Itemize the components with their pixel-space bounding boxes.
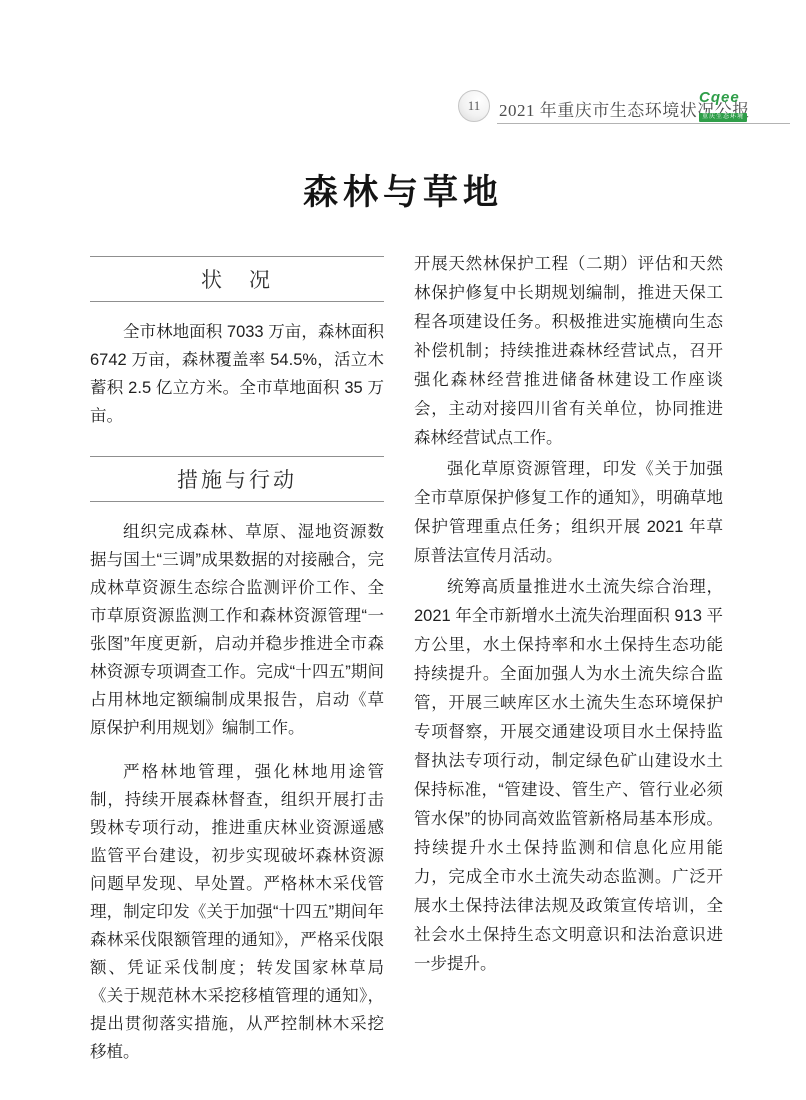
- document-page: 11 2021 年重庆市生态环境状况公报 Cqee 重庆生态环境 森林与草地 状…: [0, 0, 806, 1100]
- page-number-badge: 11: [458, 90, 490, 122]
- right-column: 开展天然林保护工程（二期）评估和天然林保护修复中长期规划编制，推进天保工程各项建…: [414, 250, 723, 979]
- paragraph-grassland: 强化草原资源管理，印发《关于加强全市草原保护修复工作的通知》，明确草地保护管理重…: [414, 455, 723, 571]
- logo-subtext: 重庆生态环境: [699, 113, 747, 122]
- section-heading-measures: 措施与行动: [90, 456, 384, 502]
- paragraph-measures-1: 组织完成森林、草原、湿地资源数据与国土“三调”成果数据的对接融合，完成林草资源生…: [90, 518, 384, 742]
- page-number: 11: [468, 98, 481, 114]
- left-column: 状 况 全市林地面积 7033 万亩，森林面积 6742 万亩，森林覆盖率 54…: [90, 256, 384, 1066]
- paragraph-soil-water: 统筹高质量推进水土流失综合治理，2021 年全市新增水土流失治理面积 913 平…: [414, 573, 723, 979]
- paragraph-status: 全市林地面积 7033 万亩，森林面积 6742 万亩，森林覆盖率 54.5%，…: [90, 318, 384, 430]
- logo-wordmark: Cqee: [699, 90, 755, 105]
- agency-logo: Cqee 重庆生态环境: [699, 90, 755, 123]
- page-title: 森林与草地: [0, 165, 806, 215]
- section-heading-label: 措施与行动: [177, 468, 297, 492]
- paragraph-measures-2: 严格林地管理，强化林地用途管制，持续开展森林督查，组织开展打击毁林专项行动，推进…: [90, 758, 384, 1066]
- section-heading-label: 状 况: [201, 268, 273, 292]
- paragraph-forest-protection: 开展天然林保护工程（二期）评估和天然林保护修复中长期规划编制，推进天保工程各项建…: [414, 250, 723, 453]
- header-divider: [497, 123, 790, 124]
- section-heading-status: 状 况: [90, 256, 384, 302]
